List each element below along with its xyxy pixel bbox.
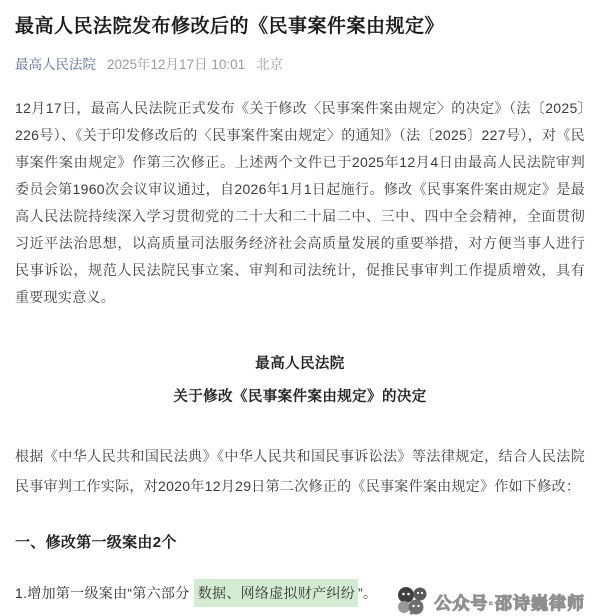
watermark: 公众号·邵诗巍律师 xyxy=(395,586,585,616)
article-title: 最高人民法院发布修改后的《民事案件案由规定》 xyxy=(15,13,585,40)
amendment-item-1: 1.增加第一级案由“第六部分 数据、网络虚拟财产纠纷”。 xyxy=(15,580,377,607)
account-name-link[interactable]: 最高人民法院 xyxy=(15,53,96,73)
publish-date: 2025年12月17日 10:01 xyxy=(107,53,245,73)
amendment-item-1-highlight: 数据、网络虚拟财产纠纷 xyxy=(194,579,358,607)
document-heading-court: 最高人民法院 xyxy=(15,351,585,378)
wechat-official-account-icon xyxy=(395,586,431,616)
amendment-item-1-suffix: ”。 xyxy=(358,585,377,601)
amendment-item-row: 1.增加第一级案由“第六部分 数据、网络虚拟财产纠纷”。 公众号·邵诗巍律师 xyxy=(15,580,585,616)
intro-paragraph: 12月17日，最高人民法院正式发布《关于修改〈民事案件案由规定〉的决定》（法〔2… xyxy=(15,95,585,311)
document-heading-decision: 关于修改《民事案件案由规定》的决定 xyxy=(15,384,585,411)
byline: 最高人民法院 2025年12月17日 10:01 北京 xyxy=(15,53,585,73)
publish-location: 北京 xyxy=(256,53,283,73)
amendment-item-1-prefix: 1.增加第一级案由“第六部分 xyxy=(15,585,194,601)
section-one-heading: 一、修改第一级案由2个 xyxy=(15,529,585,556)
watermark-text: 公众号·邵诗巍律师 xyxy=(434,589,585,614)
article-page: 最高人民法院发布修改后的《民事案件案由规定》 最高人民法院 2025年12月17… xyxy=(0,0,600,616)
legal-basis-paragraph: 根据《中华人民共和国民法典》《中华人民共和国民事诉讼法》等法律规定，结合人民法院… xyxy=(15,441,585,501)
